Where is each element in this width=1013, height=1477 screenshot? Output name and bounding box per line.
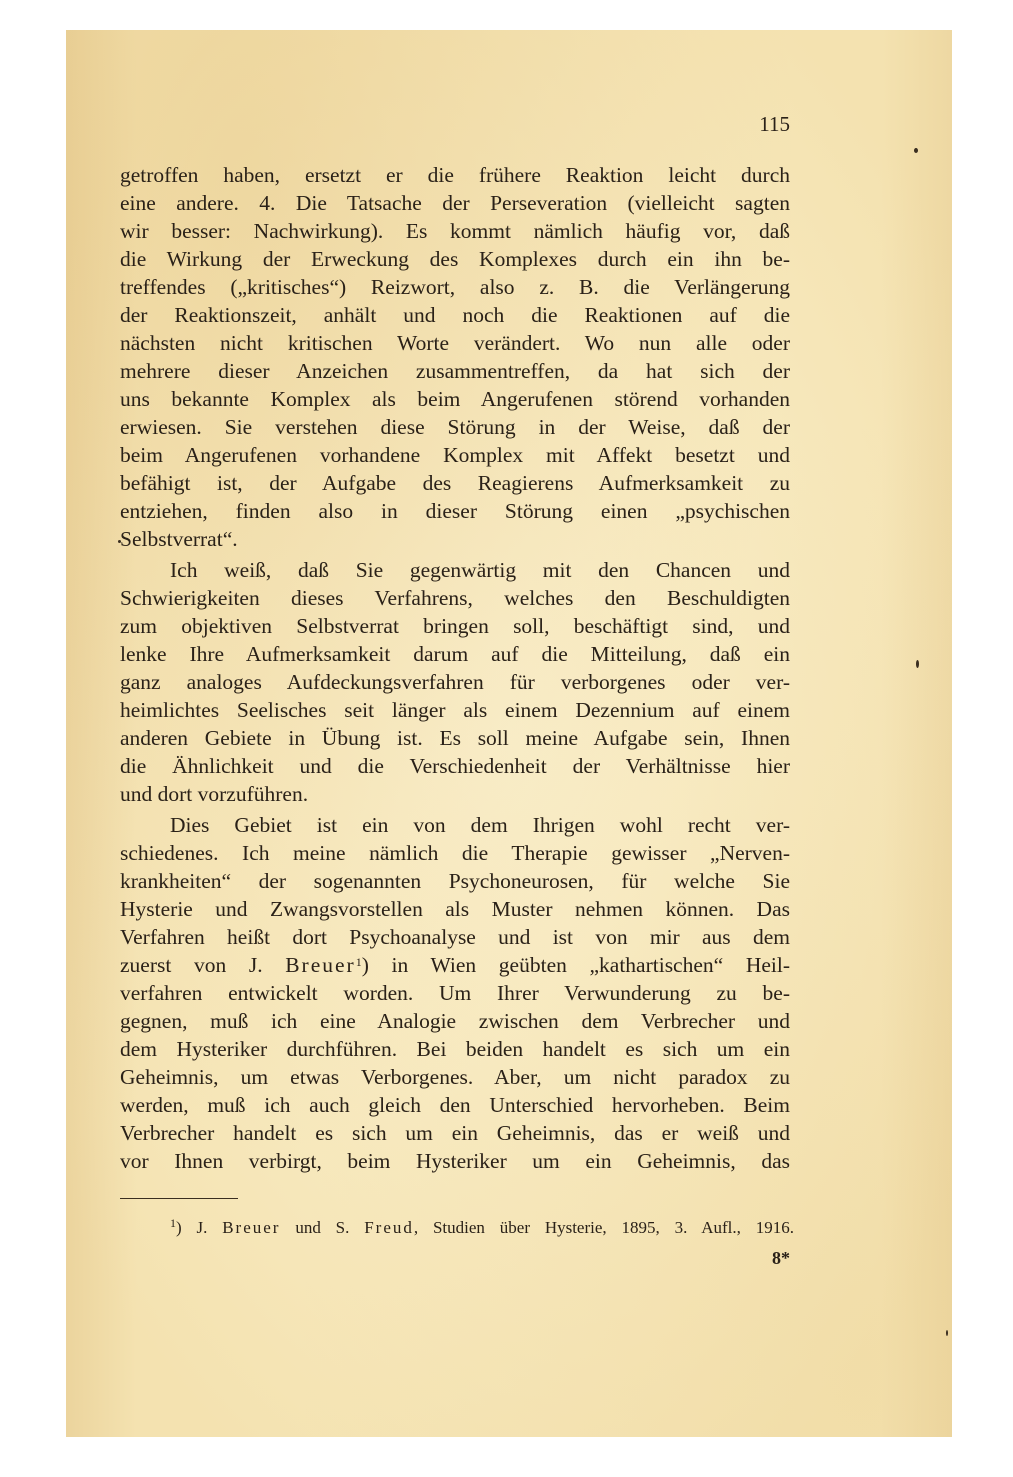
text-fragment: ) in Wien geübten „kathartischen“ Heil-: [362, 953, 790, 977]
text-line: Selbstverrat“.: [120, 525, 790, 553]
text-line: mehrere dieser Anzeichen zusammentreffen…: [120, 357, 790, 385]
ink-speck: [916, 660, 919, 668]
text-line: entziehen, finden also in dieser Störung…: [120, 497, 790, 525]
text-line: die Ähnlichkeit und die Verschiedenheit …: [120, 752, 790, 780]
text-line: vor Ihnen verbirgt, beim Hysteriker um e…: [120, 1147, 790, 1175]
text-line: verfahren entwickelt worden. Um Ihrer Ve…: [120, 979, 790, 1007]
text-line: der Reaktionszeit, anhält und noch die R…: [120, 301, 790, 329]
text-line: Schwierigkeiten dieses Verfahrens, welch…: [120, 584, 790, 612]
text-line: krankheiten“ der sogenannten Psychoneuro…: [120, 867, 790, 895]
footnote-text: ) J.: [176, 1218, 222, 1237]
footnote-author: Freud: [364, 1218, 414, 1237]
text-line-with-footnote-ref: zuerst von J. Breuer1) in Wien geübten „…: [120, 951, 790, 979]
text-line: nächsten nicht kritischen Worte veränder…: [120, 329, 790, 357]
page-number: 115: [120, 112, 790, 137]
paragraph-start-line: Ich weiß, daß Sie gegenwärtig mit den Ch…: [120, 556, 790, 584]
text-line: gegnen, muß ich eine Analogie zwischen d…: [120, 1007, 790, 1035]
text-line: heimlichtes Seelisches seit länger als e…: [120, 696, 790, 724]
text-fragment: zuerst von J.: [120, 953, 285, 977]
text-line: werden, muß ich auch gleich den Untersch…: [120, 1091, 790, 1119]
ink-speck: [914, 148, 918, 153]
text-line: dem Hysteriker durchführen. Bei beiden h…: [120, 1035, 790, 1063]
text-line: wir besser: Nachwirkung). Es kommt nämli…: [120, 217, 790, 245]
text-line: schiedenes. Ich meine nämlich die Therap…: [120, 839, 790, 867]
text-line: Geheimnis, um etwas Verborgenes. Aber, u…: [120, 1063, 790, 1091]
text-line: ganz analoges Aufdeckungsverfahren für v…: [120, 668, 790, 696]
text-line: beim Angerufenen vorhandene Komplex mit …: [120, 441, 790, 469]
text-line: getroffen haben, ersetzt er die frühere …: [120, 161, 790, 189]
text-line: und dort vorzuführen.: [120, 780, 790, 808]
text-line: Verbrecher handelt es sich um ein Geheim…: [120, 1119, 790, 1147]
paragraph-start-line: Dies Gebiet ist ein von dem Ihrigen wohl…: [120, 811, 790, 839]
text-line: Hysterie und Zwangsvorstellen als Muster…: [120, 895, 790, 923]
ink-speck: [946, 1330, 948, 1336]
text-line: lenke Ihre Aufmerksamkeit darum auf die …: [120, 640, 790, 668]
footnote-text: , Studien über Hysterie, 1895, 3. Aufl.,…: [414, 1218, 794, 1237]
author-name: Breuer: [285, 953, 356, 977]
footnote-text: und S.: [280, 1218, 364, 1237]
text-line: eine andere. 4. Die Tatsache der Perseve…: [120, 189, 790, 217]
footnote: 1) J. Breuer und S. Freud, Studien über …: [170, 1218, 794, 1238]
text-line: erwiesen. Sie verstehen diese Störung in…: [120, 413, 790, 441]
text-line: uns bekannte Komplex als beim Angerufene…: [120, 385, 790, 413]
text-line: treffendes („kritisches“) Reizwort, also…: [120, 273, 790, 301]
signature-mark: 8*: [120, 1248, 790, 1269]
text-line: befähigt ist, der Aufgabe des Reagierens…: [120, 469, 790, 497]
text-line: zum objektiven Selbstverrat bringen soll…: [120, 612, 790, 640]
text-line: die Wirkung der Erweckung des Komplexes …: [120, 245, 790, 273]
footnote-author: Breuer: [222, 1218, 280, 1237]
text-line: Verfahren heißt dort Psychoanalyse und i…: [120, 923, 790, 951]
text-line: anderen Gebiete in Übung ist. Es soll me…: [120, 724, 790, 752]
footnote-divider: [120, 1198, 238, 1199]
